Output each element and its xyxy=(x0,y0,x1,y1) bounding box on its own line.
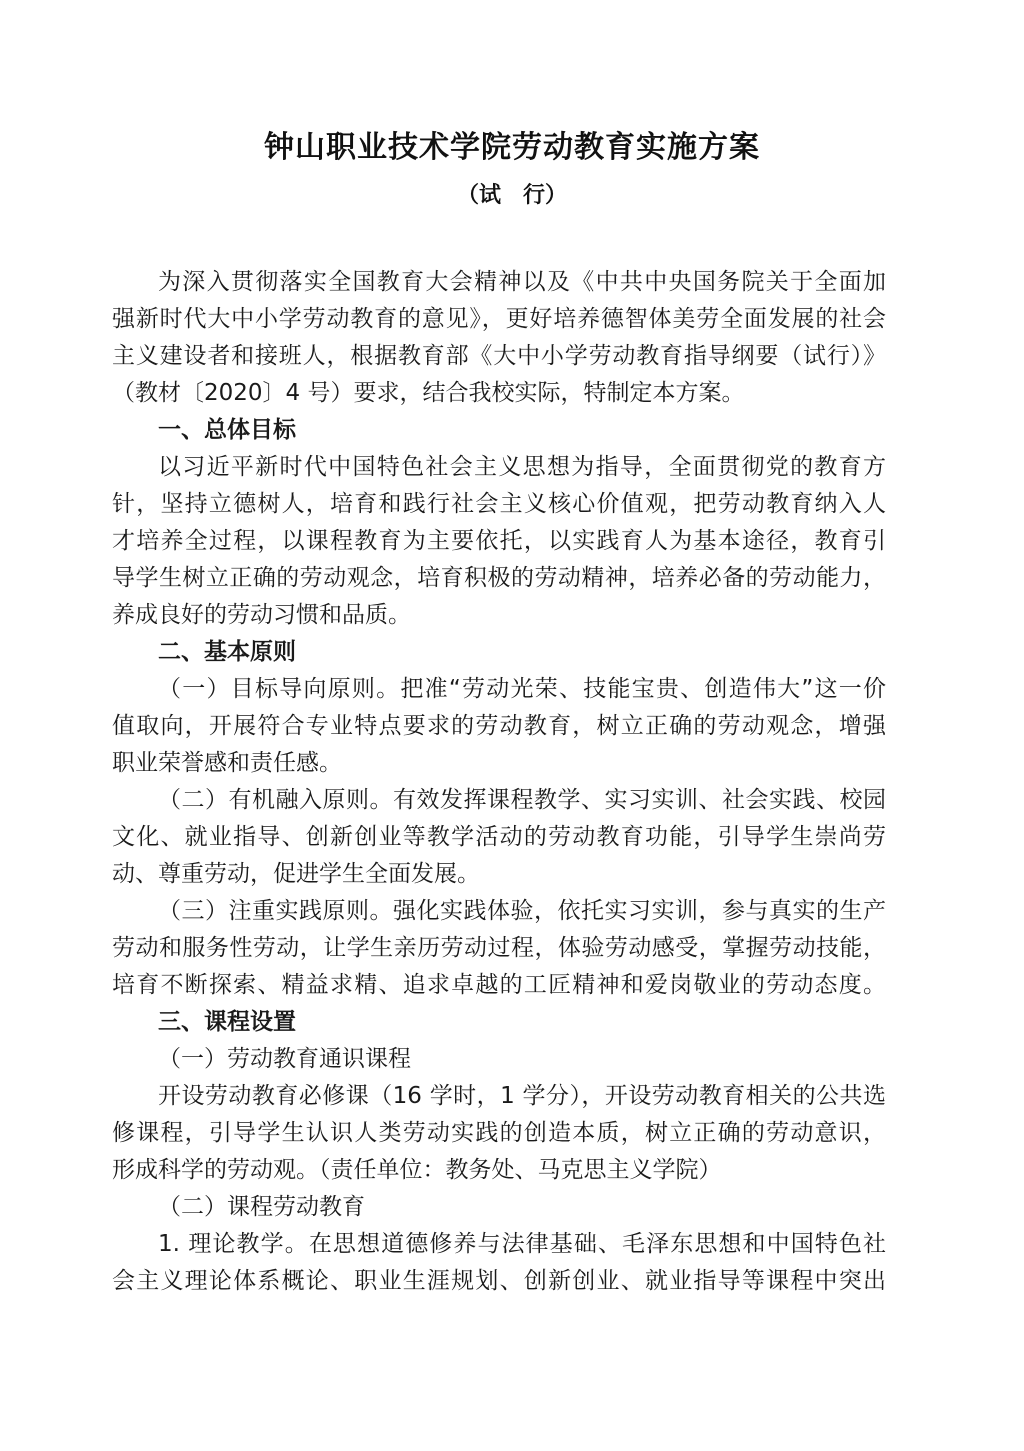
document-page: 钟山职业技术学院劳动教育实施方案 （试 行） 为深入贯彻落实全国教育大会精神以及… xyxy=(0,0,1024,1451)
text-line: 针，坚持立德树人，培育和践行社会主义核心价值观，把劳动教育纳入人 xyxy=(112,486,886,523)
text-line: 主义建设者和接班人，根据教育部《大中小学劳动教育指导纲要（试行）》 xyxy=(112,338,886,375)
text-line: 职业荣誉感和责任感。 xyxy=(112,745,886,782)
text-line: 强新时代大中小学劳动教育的意见》，更好培养德智体美劳全面发展的社会 xyxy=(112,301,886,338)
text-line: （二）有机融入原则。有效发挥课程教学、实习实训、社会实践、校园 xyxy=(112,782,886,819)
document-body: 为深入贯彻落实全国教育大会精神以及《中共中央国务院关于全面加强新时代大中小学劳动… xyxy=(112,264,886,1300)
text-line: 文化、就业指导、创新创业等教学活动的劳动教育功能，引导学生崇尚劳 xyxy=(112,819,886,856)
text-line: （一）劳动教育通识课程 xyxy=(112,1041,886,1078)
section-heading: 三、课程设置 xyxy=(112,1004,886,1041)
text-line: 以习近平新时代中国特色社会主义思想为指导，全面贯彻党的教育方 xyxy=(112,449,886,486)
text-line: 形成科学的劳动观。（责任单位：教务处、马克思主义学院） xyxy=(112,1152,886,1189)
text-line: 修课程，引导学生认识人类劳动实践的创造本质，树立正确的劳动意识， xyxy=(112,1115,886,1152)
text-line: 才培养全过程，以课程教育为主要依托，以实践育人为基本途径，教育引 xyxy=(112,523,886,560)
text-line: 养成良好的劳动习惯和品质。 xyxy=(112,597,886,634)
text-line: 值取向，开展符合专业特点要求的劳动教育，树立正确的劳动观念，增强 xyxy=(112,708,886,745)
text-line: 动、尊重劳动，促进学生全面发展。 xyxy=(112,856,886,893)
text-line: 1. 理论教学。在思想道德修养与法律基础、毛泽东思想和中国特色社 xyxy=(112,1226,886,1263)
document-subtitle: （试 行） xyxy=(0,178,1024,209)
text-line: （教材〔2020〕4 号）要求，结合我校实际，特制定本方案。 xyxy=(112,375,886,412)
text-line: （三）注重实践原则。强化实践体验，依托实习实训，参与真实的生产 xyxy=(112,893,886,930)
text-line: （一）目标导向原则。把准“劳动光荣、技能宝贵、创造伟大”这一价 xyxy=(112,671,886,708)
text-line: （二）课程劳动教育 xyxy=(112,1189,886,1226)
text-line: 培育不断探索、精益求精、追求卓越的工匠精神和爱岗敬业的劳动态度。 xyxy=(112,967,886,1004)
text-line: 劳动和服务性劳动，让学生亲历劳动过程，体验劳动感受，掌握劳动技能， xyxy=(112,930,886,967)
document-title: 钟山职业技术学院劳动教育实施方案 xyxy=(0,122,1024,166)
section-heading: 二、基本原则 xyxy=(112,634,886,671)
text-line: 会主义理论体系概论、职业生涯规划、创新创业、就业指导等课程中突出 xyxy=(112,1263,886,1300)
text-line: 导学生树立正确的劳动观念，培育积极的劳动精神，培养必备的劳动能力， xyxy=(112,560,886,597)
text-line: 开设劳动教育必修课（16 学时，1 学分），开设劳动教育相关的公共选 xyxy=(112,1078,886,1115)
text-line: 为深入贯彻落实全国教育大会精神以及《中共中央国务院关于全面加 xyxy=(112,264,886,301)
section-heading: 一、总体目标 xyxy=(112,412,886,449)
